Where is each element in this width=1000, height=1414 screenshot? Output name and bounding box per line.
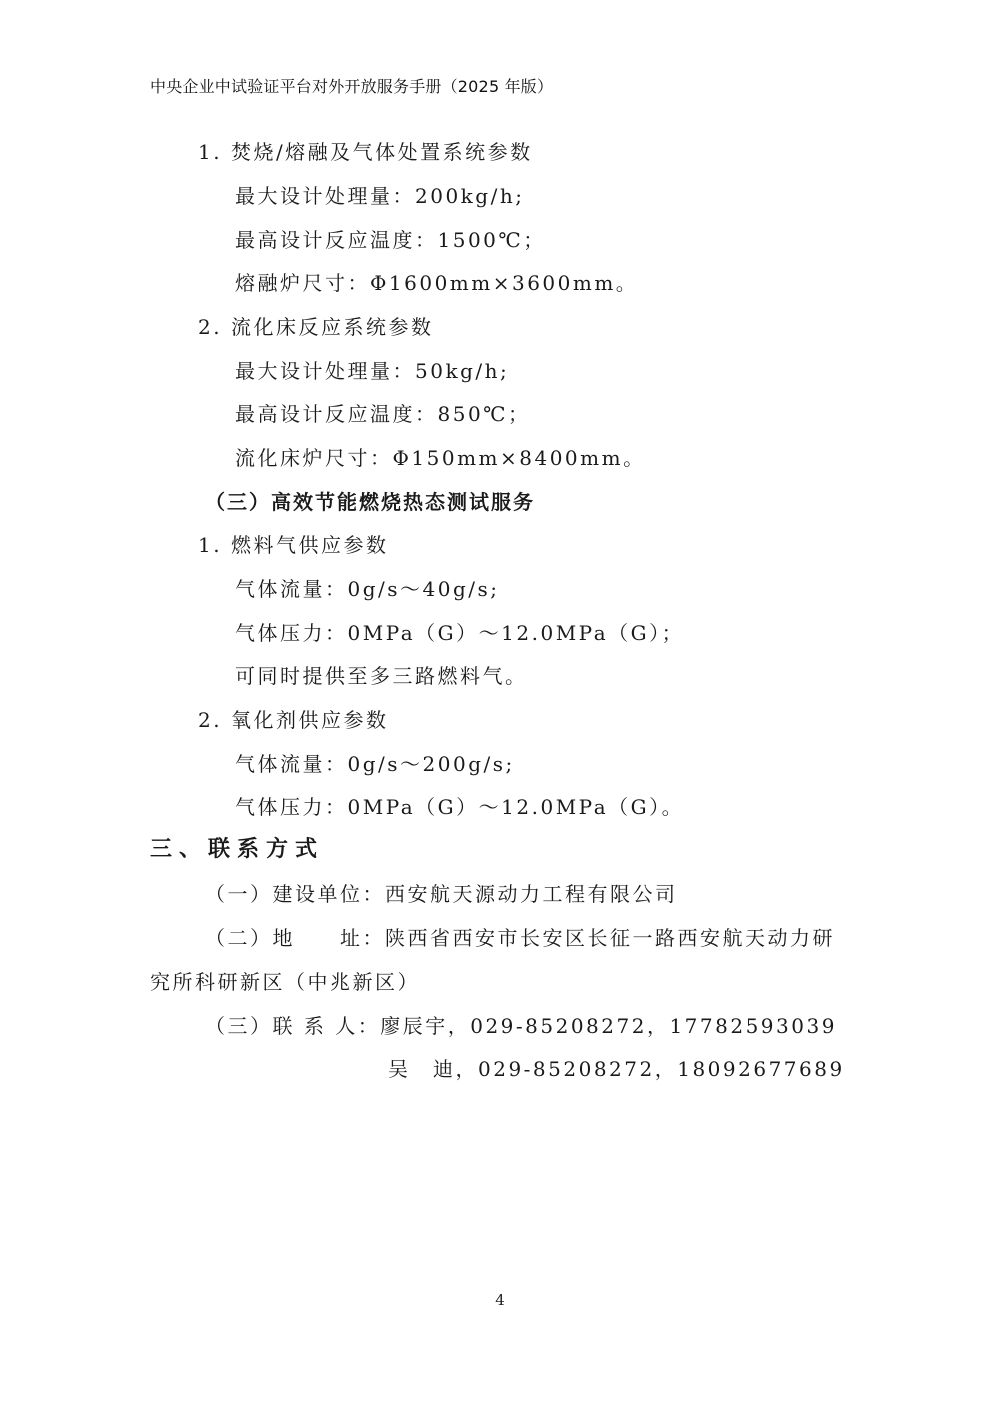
- document-header: 中央企业中试验证平台对外开放服务手册（2025 年版）: [150, 74, 553, 97]
- param-line: 最高设计反应温度：1500℃；: [235, 224, 546, 253]
- item-heading: 1. 焚烧/熔融及气体处置系统参数: [198, 136, 533, 165]
- contact-unit: （一）建设单位：西安航天源动力工程有限公司: [205, 878, 678, 907]
- param-line: 熔融炉尺寸：Φ1600mm×3600mm。: [235, 267, 638, 296]
- param-line: 可同时提供至多三路燃料气。: [235, 660, 528, 689]
- item-heading: 2. 氧化剂供应参数: [198, 704, 388, 733]
- param-line: 最大设计处理量：50kg/h;: [235, 355, 509, 384]
- param-line: 气体流量：0g/s～200g/s;: [235, 748, 515, 777]
- param-line: 气体流量：0g/s～40g/s;: [235, 573, 500, 602]
- param-line: 流化床炉尺寸：Φ150mm×8400mm。: [235, 442, 646, 471]
- param-line: 最高设计反应温度：850℃；: [235, 398, 531, 427]
- param-line: 气体压力：0MPa（G）～12.0MPa（G）；: [235, 617, 684, 646]
- contact-person: （三）联 系 人：廖辰宇，029-85208272，17782593039: [205, 1010, 837, 1039]
- param-line: 最大设计处理量：200kg/h;: [235, 180, 524, 209]
- contact-address: （二）地 址：陕西省西安市长安区长征一路西安航天动力研: [205, 922, 835, 951]
- item-heading: 2. 流化床反应系统参数: [198, 311, 433, 340]
- contact-person: 吴 迪，029-85208272，18092677689: [388, 1053, 845, 1082]
- section-heading: 三、联系方式: [150, 832, 324, 863]
- param-line: 气体压力：0MPa（G）～12.0MPa（G）。: [235, 791, 684, 820]
- subsection-heading: （三）高效节能燃烧热态测试服务: [205, 486, 535, 515]
- item-heading: 1. 燃料气供应参数: [198, 529, 388, 558]
- page-number: 4: [0, 1291, 1000, 1309]
- contact-address-cont: 究所科研新区（中兆新区）: [150, 966, 420, 995]
